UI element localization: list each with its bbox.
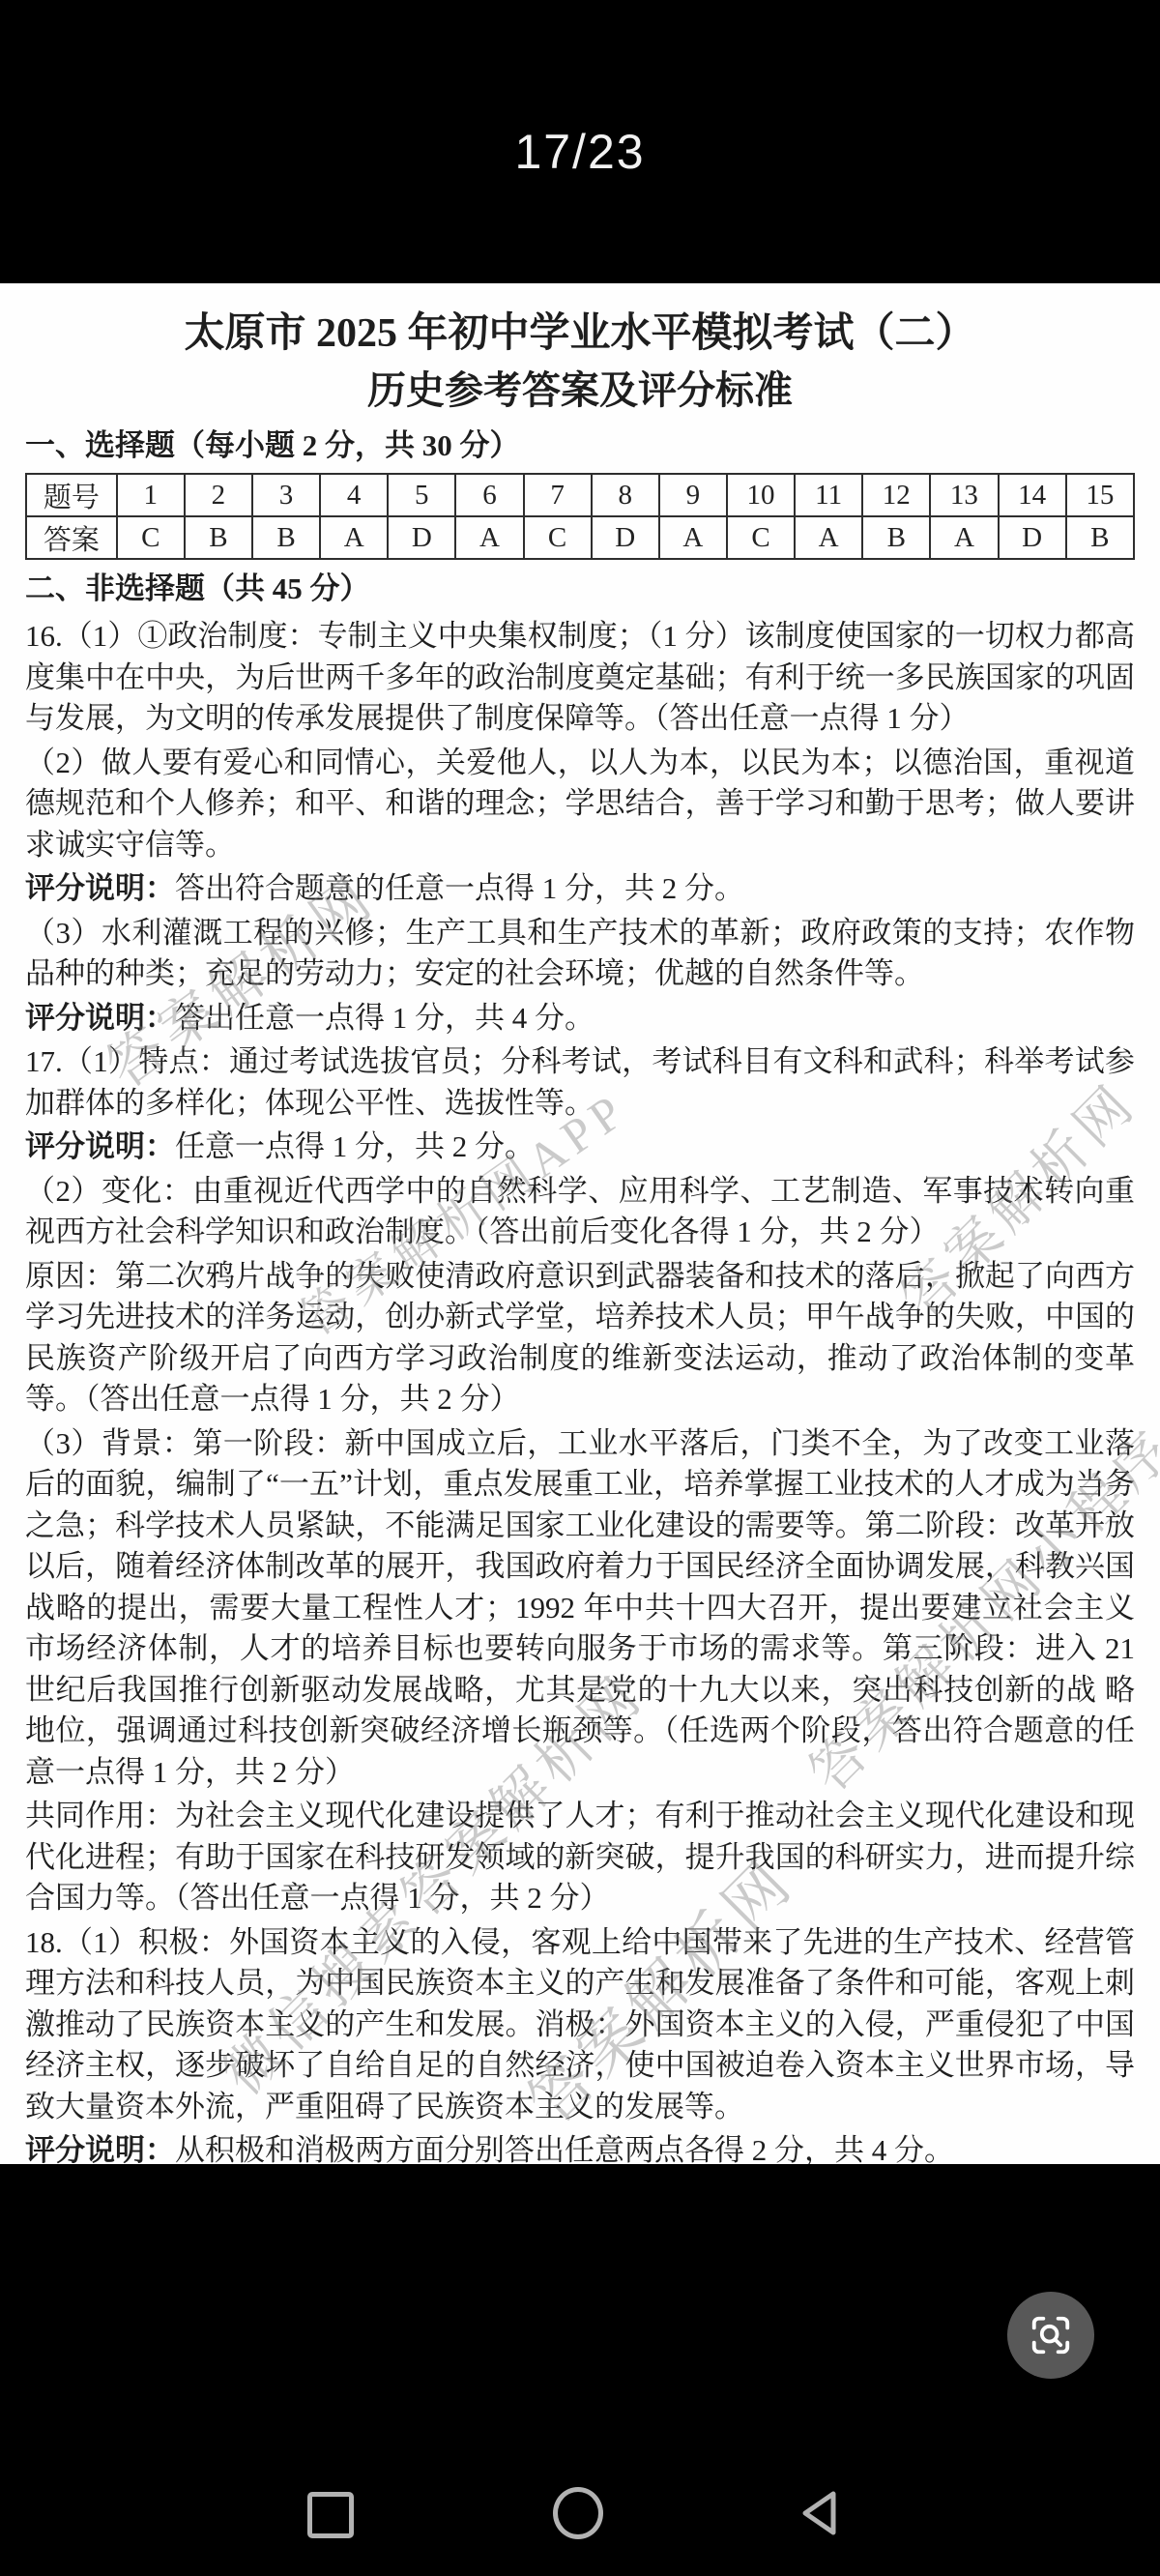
answer-cell: D	[592, 516, 659, 559]
answer-cell: C	[727, 516, 795, 559]
question-number-cell: 11	[795, 474, 862, 516]
score-note-label: 评分说明：	[25, 2133, 175, 2164]
answer-text-block: 16.（1）①政治制度：专制主义中央集权制度；（1 分）该制度使国家的一切权力都…	[25, 616, 1135, 2164]
answer-paragraph: 18.（1）积极：外国资本主义的入侵，客观上给中国带来了先进的生产技术、经营管理…	[25, 1922, 1135, 2128]
answer-paragraph: 16.（1）①政治制度：专制主义中央集权制度；（1 分）该制度使国家的一切权力都…	[25, 616, 1135, 740]
answer-cell: D	[999, 516, 1066, 559]
answer-paragraph: （3）水利灌溉工程的兴修；生产工具和生产技术的革新；政府政策的支持；农作物品种的…	[25, 913, 1135, 995]
document-title-line1: 太原市 2025 年初中学业水平模拟考试（二）	[25, 305, 1135, 363]
lens-search-button[interactable]	[1007, 2292, 1094, 2379]
score-note-label: 评分说明：	[25, 1001, 175, 1035]
document-page: 太原市 2025 年初中学业水平模拟考试（二） 历史参考答案及评分标准 一、选择…	[0, 283, 1160, 2164]
answer-cell: D	[388, 516, 455, 559]
score-note-label: 评分说明：	[25, 871, 175, 905]
answer-paragraph: 原因：第二次鸦片战争的失败使清政府意识到武器装备和技术的落后，掀起了向西方学习先…	[25, 1256, 1135, 1420]
android-screen: 17/23 太原市 2025 年初中学业水平模拟考试（二） 历史参考答案及评分标…	[0, 0, 1160, 2576]
question-number-cell: 9	[659, 474, 727, 516]
question-number-cell: 5	[388, 474, 455, 516]
question-number-row: 题号 123456789101112131415	[26, 474, 1134, 516]
question-number-cell: 8	[592, 474, 659, 516]
question-number-cell: 6	[455, 474, 523, 516]
question-number-cell: 7	[524, 474, 592, 516]
question-number-cell: 3	[252, 474, 320, 516]
answer-paragraph: （2）变化：由重视近代西学中的自然科学、应用科学、工艺制造、军事技术转向重视西方…	[25, 1171, 1135, 1253]
scan-search-icon	[1029, 2313, 1073, 2357]
answer-paragraph: 评分说明：答出符合题意的任意一点得 1 分，共 2 分。	[25, 868, 1135, 910]
answer-cell: A	[659, 516, 727, 559]
question-number-cell: 12	[862, 474, 930, 516]
answer-cell: C	[524, 516, 592, 559]
answer-cell: A	[795, 516, 862, 559]
answer-paragraph: 共同作用：为社会主义现代化建设提供了人才；有利于推动社会主义现代化建设和现代化进…	[25, 1796, 1135, 1919]
question-number-cell: 2	[185, 474, 252, 516]
back-button[interactable]	[795, 2487, 847, 2539]
recents-button[interactable]	[307, 2492, 354, 2538]
answer-cell: B	[252, 516, 320, 559]
answer-cell: B	[1066, 516, 1134, 559]
row-header-answer: 答案	[26, 516, 117, 559]
section2-heading: 二、非选择题（共 45 分）	[25, 570, 1135, 608]
row-header-question: 题号	[26, 474, 117, 516]
question-number-cell: 10	[727, 474, 795, 516]
answer-cell: B	[862, 516, 930, 559]
answer-cell: B	[185, 516, 252, 559]
answer-paragraph: （3）背景：第一阶段：新中国成立后，工业水平落后，门类不全，为了改变工业落后的面…	[25, 1423, 1135, 1794]
answer-cell: A	[930, 516, 998, 559]
answer-paragraph: 评分说明：答出任意一点得 1 分，共 4 分。	[25, 998, 1135, 1039]
question-number-cell: 14	[999, 474, 1066, 516]
home-button[interactable]	[553, 2487, 603, 2539]
question-number-cell: 1	[117, 474, 185, 516]
question-number-cell: 4	[320, 474, 388, 516]
answer-cell: C	[117, 516, 185, 559]
answer-row: 答案 CBBADACDACABADB	[26, 516, 1134, 559]
answer-paragraph: 评分说明：从积极和消极两方面分别答出任意两点各得 2 分，共 4 分。	[25, 2130, 1135, 2164]
page-indicator: 17/23	[0, 124, 1160, 180]
answer-cell: A	[320, 516, 388, 559]
score-note-label: 评分说明：	[25, 1129, 175, 1163]
answer-paragraph: 评分说明：任意一点得 1 分，共 2 分。	[25, 1127, 1135, 1168]
question-number-cell: 15	[1066, 474, 1134, 516]
status-area: 17/23	[0, 0, 1160, 283]
answer-paragraph: （2）做人要有爱心和同情心，关爱他人，以人为本，以民为本；以德治国，重视道德规范…	[25, 743, 1135, 866]
answer-table: 题号 123456789101112131415 答案 CBBADACDACAB…	[25, 473, 1135, 560]
section1-heading: 一、选择题（每小题 2 分，共 30 分）	[25, 426, 1135, 465]
question-number-cell: 13	[930, 474, 998, 516]
document-title-line2: 历史参考答案及评分标准	[25, 363, 1135, 419]
answer-paragraph: 17.（1）特点：通过考试选拔官员；分科考试，考试科目有文科和武科；科举考试参加…	[25, 1041, 1135, 1124]
answer-cell: A	[455, 516, 523, 559]
